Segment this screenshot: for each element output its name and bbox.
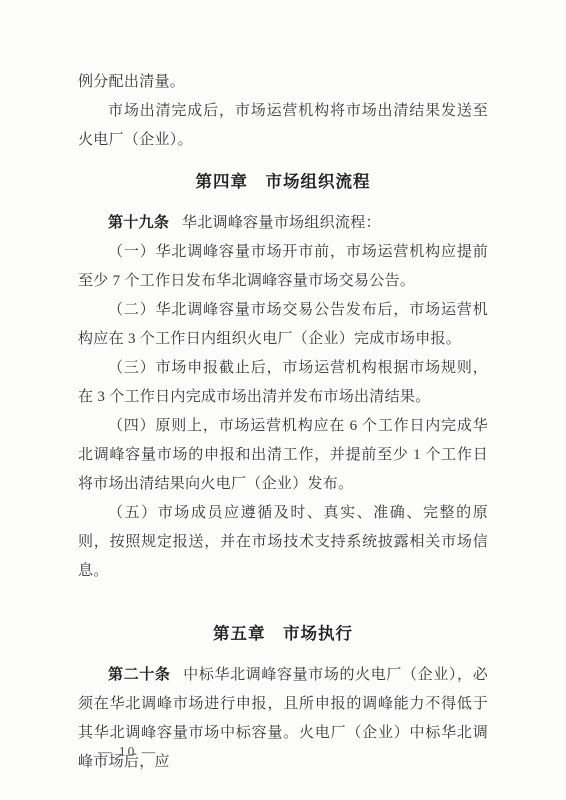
chapter-heading-4: 第四章 市场组织流程 bbox=[78, 167, 488, 196]
page-number: — 10 — bbox=[98, 742, 157, 762]
document-page: 例分配出清量。 市场出清完成后，市场运营机构将市场出清结果发送至火电厂（企业）。… bbox=[0, 0, 566, 800]
body-paragraph: 市场出清完成后，市场运营机构将市场出清结果发送至火电厂（企业）。 bbox=[78, 97, 488, 155]
list-item-paragraph-2: （二）华北调峰容量市场交易公告发布后，市场运营机构应在 3 个工作日内组织火电厂… bbox=[78, 296, 488, 354]
chapter-heading-5: 第五章 市场执行 bbox=[78, 619, 488, 648]
article-19-number: 第十九条 bbox=[108, 215, 169, 231]
continuation-paragraph: 例分配出清量。 bbox=[78, 68, 488, 97]
list-item-paragraph-3: （三）市场申报截止后，市场运营机构根据市场规则，在 3 个工作日内完成市场出清并… bbox=[78, 354, 488, 412]
list-item-paragraph-5: （五）市场成员应遵循及时、真实、准确、完整的原则，按照规定报送，并在市场技术支持… bbox=[78, 499, 488, 586]
list-item-paragraph-1: （一）华北调峰容量市场开市前，市场运营机构应提前至少 7 个工作日发布华北调峰容… bbox=[78, 238, 488, 296]
article-19-text: 华北调峰容量市场组织流程： bbox=[182, 215, 381, 231]
page-content: 例分配出清量。 市场出清完成后，市场运营机构将市场出清结果发送至火电厂（企业）。… bbox=[78, 68, 488, 777]
article-19-paragraph: 第十九条华北调峰容量市场组织流程： bbox=[78, 209, 488, 238]
list-item-paragraph-4: （四）原则上，市场运营机构应在 6 个工作日内完成华北调峰容量市场的申报和出清工… bbox=[78, 412, 488, 499]
article-20-number: 第二十条 bbox=[108, 667, 171, 683]
